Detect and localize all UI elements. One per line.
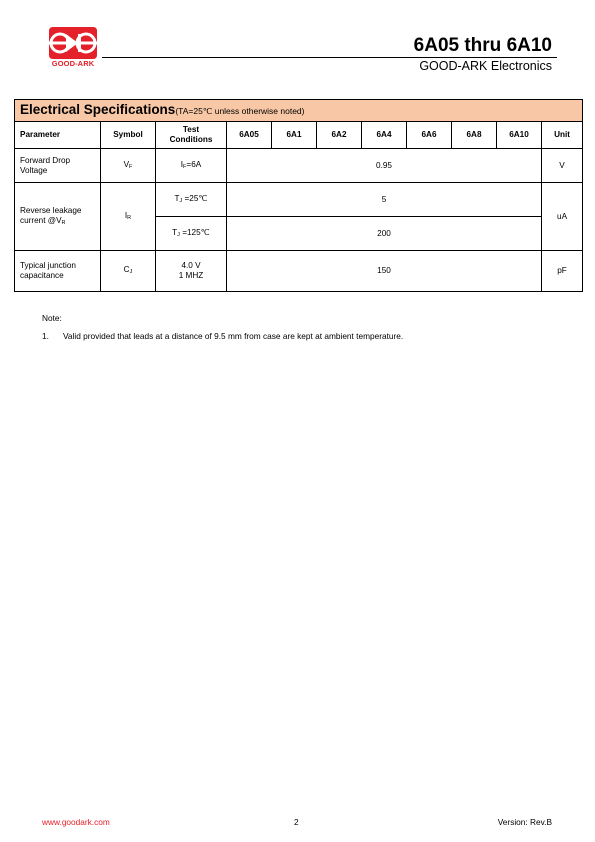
version-label: Version: Rev.B — [498, 817, 552, 827]
document-title: 6A05 thru 6A10 — [414, 36, 552, 56]
column-header-unit: Unit — [542, 122, 583, 149]
condition-value: =6A — [186, 160, 201, 169]
section-title: Electrical Specifications — [20, 102, 175, 117]
logo-text: GOOD-ARK — [47, 59, 99, 68]
table-title-row: Electrical Specifications(TA=25℃ unless … — [15, 100, 583, 122]
column-header-symbol: Symbol — [101, 122, 156, 149]
condition-cell: TJ =125℃ — [156, 217, 227, 251]
value-cell: 5 — [227, 183, 542, 217]
condition-line: 4.0 V — [181, 261, 200, 270]
column-header-6a10: 6A10 — [497, 122, 542, 149]
notes-heading: Note: — [42, 313, 62, 323]
company-logo: GOOD-ARK — [47, 27, 99, 69]
table-row: Forward DropVoltage VF IF=6A 0.95 V — [15, 149, 583, 183]
column-header-6a2: 6A2 — [317, 122, 362, 149]
condition-cell: IF=6A — [156, 149, 227, 183]
company-name: GOOD-ARK Electronics — [419, 59, 552, 73]
table-row: Typical junctioncapacitance CJ 4.0 V1 MH… — [15, 251, 583, 292]
electrical-specifications-table: Electrical Specifications(TA=25℃ unless … — [14, 99, 583, 292]
unit-cell: pF — [542, 251, 583, 292]
column-header-6a6: 6A6 — [407, 122, 452, 149]
column-header-test-conditions: TestConditions — [156, 122, 227, 149]
table-header-row: Parameter Symbol TestConditions 6A05 6A1… — [15, 122, 583, 149]
page-number: 2 — [294, 817, 299, 827]
table-title-cell: Electrical Specifications(TA=25℃ unless … — [15, 100, 583, 122]
unit-cell: V — [542, 149, 583, 183]
value-cell: 0.95 — [227, 149, 542, 183]
note-item: 1.Valid provided that leads at a distanc… — [42, 331, 403, 341]
parameter-cell: Typical junctioncapacitance — [15, 251, 101, 292]
note-number: 1. — [42, 331, 63, 341]
symbol-cell: IR — [101, 183, 156, 251]
parameter-line: Reverse leakage — [20, 206, 81, 215]
diode-logo-icon — [49, 27, 97, 59]
column-header-6a8: 6A8 — [452, 122, 497, 149]
symbol-cell: VF — [101, 149, 156, 183]
value-cell: 150 — [227, 251, 542, 292]
parameter-line: current @V — [20, 216, 62, 225]
table-row: Reverse leakagecurrent @VR IR TJ =25℃ 5 … — [15, 183, 583, 217]
note-text: Valid provided that leads at a distance … — [63, 331, 403, 341]
parameter-line: Voltage — [20, 166, 47, 175]
condition-value: =125℃ — [180, 228, 210, 237]
column-header-parameter: Parameter — [15, 122, 101, 149]
symbol-subscript: J — [130, 269, 133, 275]
header-line: Test — [183, 125, 199, 134]
condition-line: 1 MHZ — [179, 271, 204, 280]
parameter-line: Typical junction — [20, 261, 76, 270]
column-header-6a05: 6A05 — [227, 122, 272, 149]
condition-cell: 4.0 V1 MHZ — [156, 251, 227, 292]
header-line: Conditions — [170, 135, 213, 144]
section-condition: (TA=25℃ unless otherwise noted) — [175, 106, 304, 116]
parameter-cell: Reverse leakagecurrent @VR — [15, 183, 101, 251]
column-header-6a4: 6A4 — [362, 122, 407, 149]
website-link[interactable]: www.goodark.com — [42, 817, 110, 827]
parameter-subscript: R — [62, 220, 66, 226]
condition-cell: TJ =25℃ — [156, 183, 227, 217]
symbol-subscript: F — [129, 164, 132, 170]
parameter-line: capacitance — [20, 271, 64, 280]
symbol-cell: CJ — [101, 251, 156, 292]
condition-value: =25℃ — [182, 194, 207, 203]
parameter-cell: Forward DropVoltage — [15, 149, 101, 183]
unit-cell: uA — [542, 183, 583, 251]
symbol-subscript: R — [127, 215, 131, 221]
column-header-6a1: 6A1 — [272, 122, 317, 149]
parameter-line: Forward Drop — [20, 156, 70, 165]
value-cell: 200 — [227, 217, 542, 251]
